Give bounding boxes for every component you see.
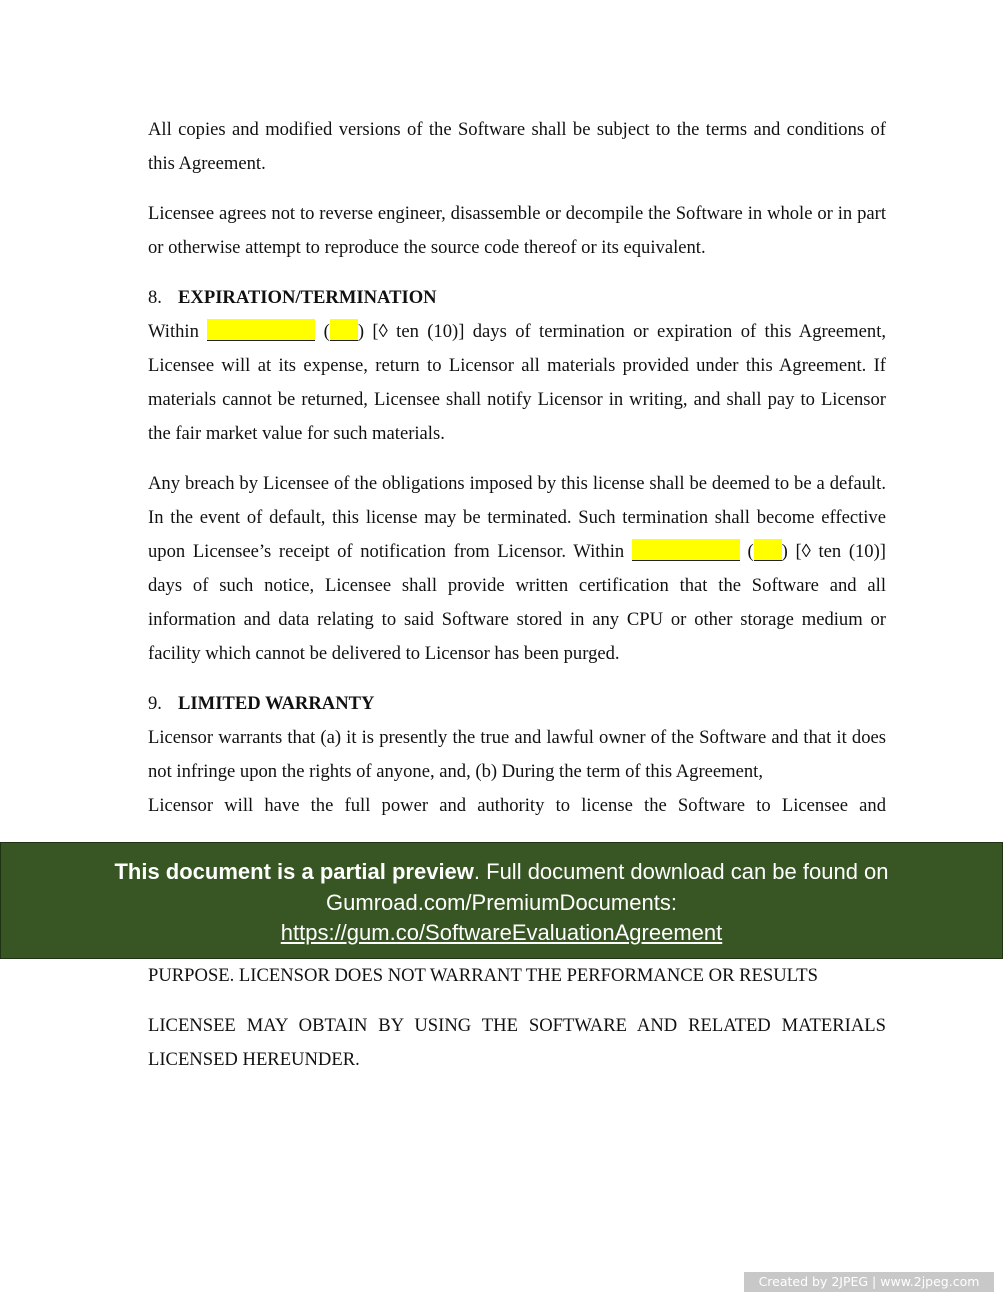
section-8-paragraph-2: Any breach by Licensee of the obligation…	[148, 467, 886, 671]
section-9-obscured-line: Licensor will have the full power and au…	[148, 789, 886, 823]
section-8-paragraph-1: Within () [◊ ten (10)] days of terminati…	[148, 315, 886, 451]
banner-text: . Full document download can be found on	[474, 859, 889, 884]
watermark: Created by 2JPEG | www.2jpeg.com	[744, 1272, 994, 1292]
fill-in-blank-days-words[interactable]	[207, 319, 315, 341]
section-8-heading: 8.EXPIRATION/TERMINATION	[148, 281, 886, 315]
text: Within	[148, 321, 199, 342]
section-8-title: EXPIRATION/TERMINATION	[178, 287, 437, 308]
banner-line-1: This document is a partial preview. Full…	[1, 857, 1002, 888]
section-8-number: 8.	[148, 281, 178, 315]
download-link[interactable]: https://gum.co/SoftwareEvaluationAgreeme…	[281, 920, 722, 945]
preview-banner: This document is a partial preview. Full…	[0, 842, 1003, 959]
section-9-paragraph-1: Licensor warrants that (a) it is present…	[148, 721, 886, 789]
fill-in-blank-days-number[interactable]	[330, 319, 358, 341]
paragraph-copies: All copies and modified versions of the …	[148, 113, 886, 181]
fill-in-blank-notice-days-words[interactable]	[632, 539, 740, 561]
paragraph-reverse-engineer: Licensee agrees not to reverse engineer,…	[148, 197, 886, 265]
section-9-heading: 9.LIMITED WARRANTY	[148, 687, 886, 721]
section-9-paragraph-3: LICENSEE MAY OBTAIN BY USING THE SOFTWAR…	[148, 1009, 886, 1077]
section-9-number: 9.	[148, 687, 178, 721]
banner-bold-text: This document is a partial preview	[114, 859, 473, 884]
banner-line-2: Gumroad.com/PremiumDocuments:	[1, 888, 1002, 919]
fill-in-blank-notice-days-number[interactable]	[754, 539, 782, 561]
section-9-title: LIMITED WARRANTY	[178, 693, 374, 714]
